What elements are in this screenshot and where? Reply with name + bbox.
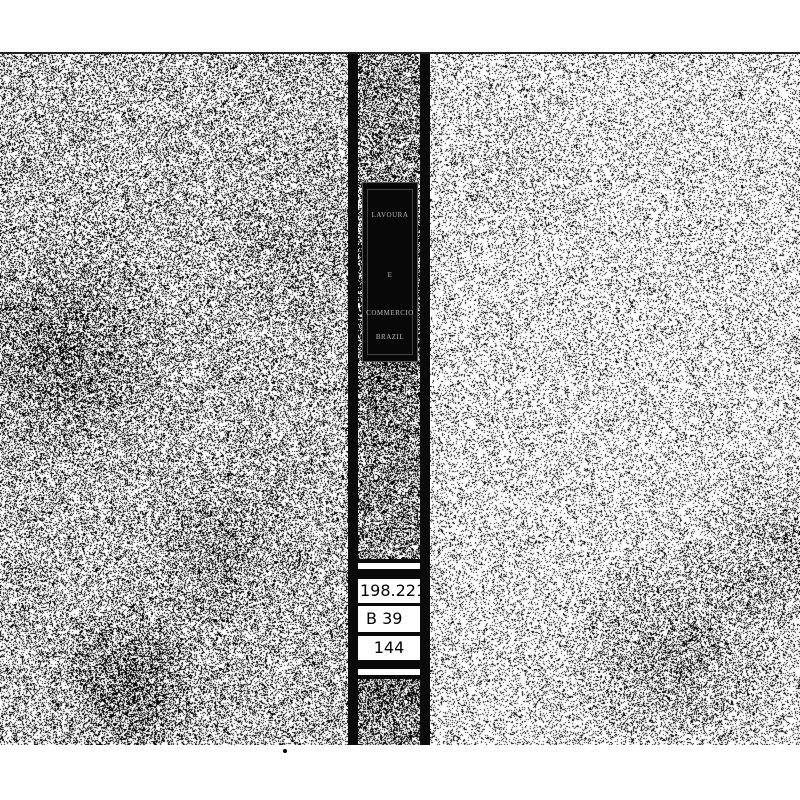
call-number-label: 198.221 B 39 144 bbox=[356, 559, 422, 679]
spine-title-line-3: COMMERCIO bbox=[363, 309, 417, 317]
back-cover-board bbox=[428, 52, 800, 745]
call-number-line-3: 144 bbox=[358, 636, 420, 660]
scan-speck bbox=[283, 749, 287, 753]
call-label-strip-top bbox=[358, 563, 420, 569]
spine-title-line-1: LAVOURA bbox=[363, 211, 417, 219]
call-label-strip-bottom bbox=[358, 669, 420, 675]
spine-title-line-2: E bbox=[363, 271, 417, 279]
book-spine: LAVOURA E COMMERCIO BRAZIL 198.221 B 39 … bbox=[348, 54, 430, 745]
call-number-line-2: B 39 bbox=[358, 606, 420, 632]
front-cover-board bbox=[0, 52, 350, 745]
spine-title-line-4: BRAZIL bbox=[363, 333, 417, 341]
spine-title-label: LAVOURA E COMMERCIO BRAZIL bbox=[362, 182, 418, 362]
call-number-line-1: 198.221 bbox=[358, 579, 420, 603]
scanned-book-binding: LAVOURA E COMMERCIO BRAZIL 198.221 B 39 … bbox=[0, 0, 800, 800]
